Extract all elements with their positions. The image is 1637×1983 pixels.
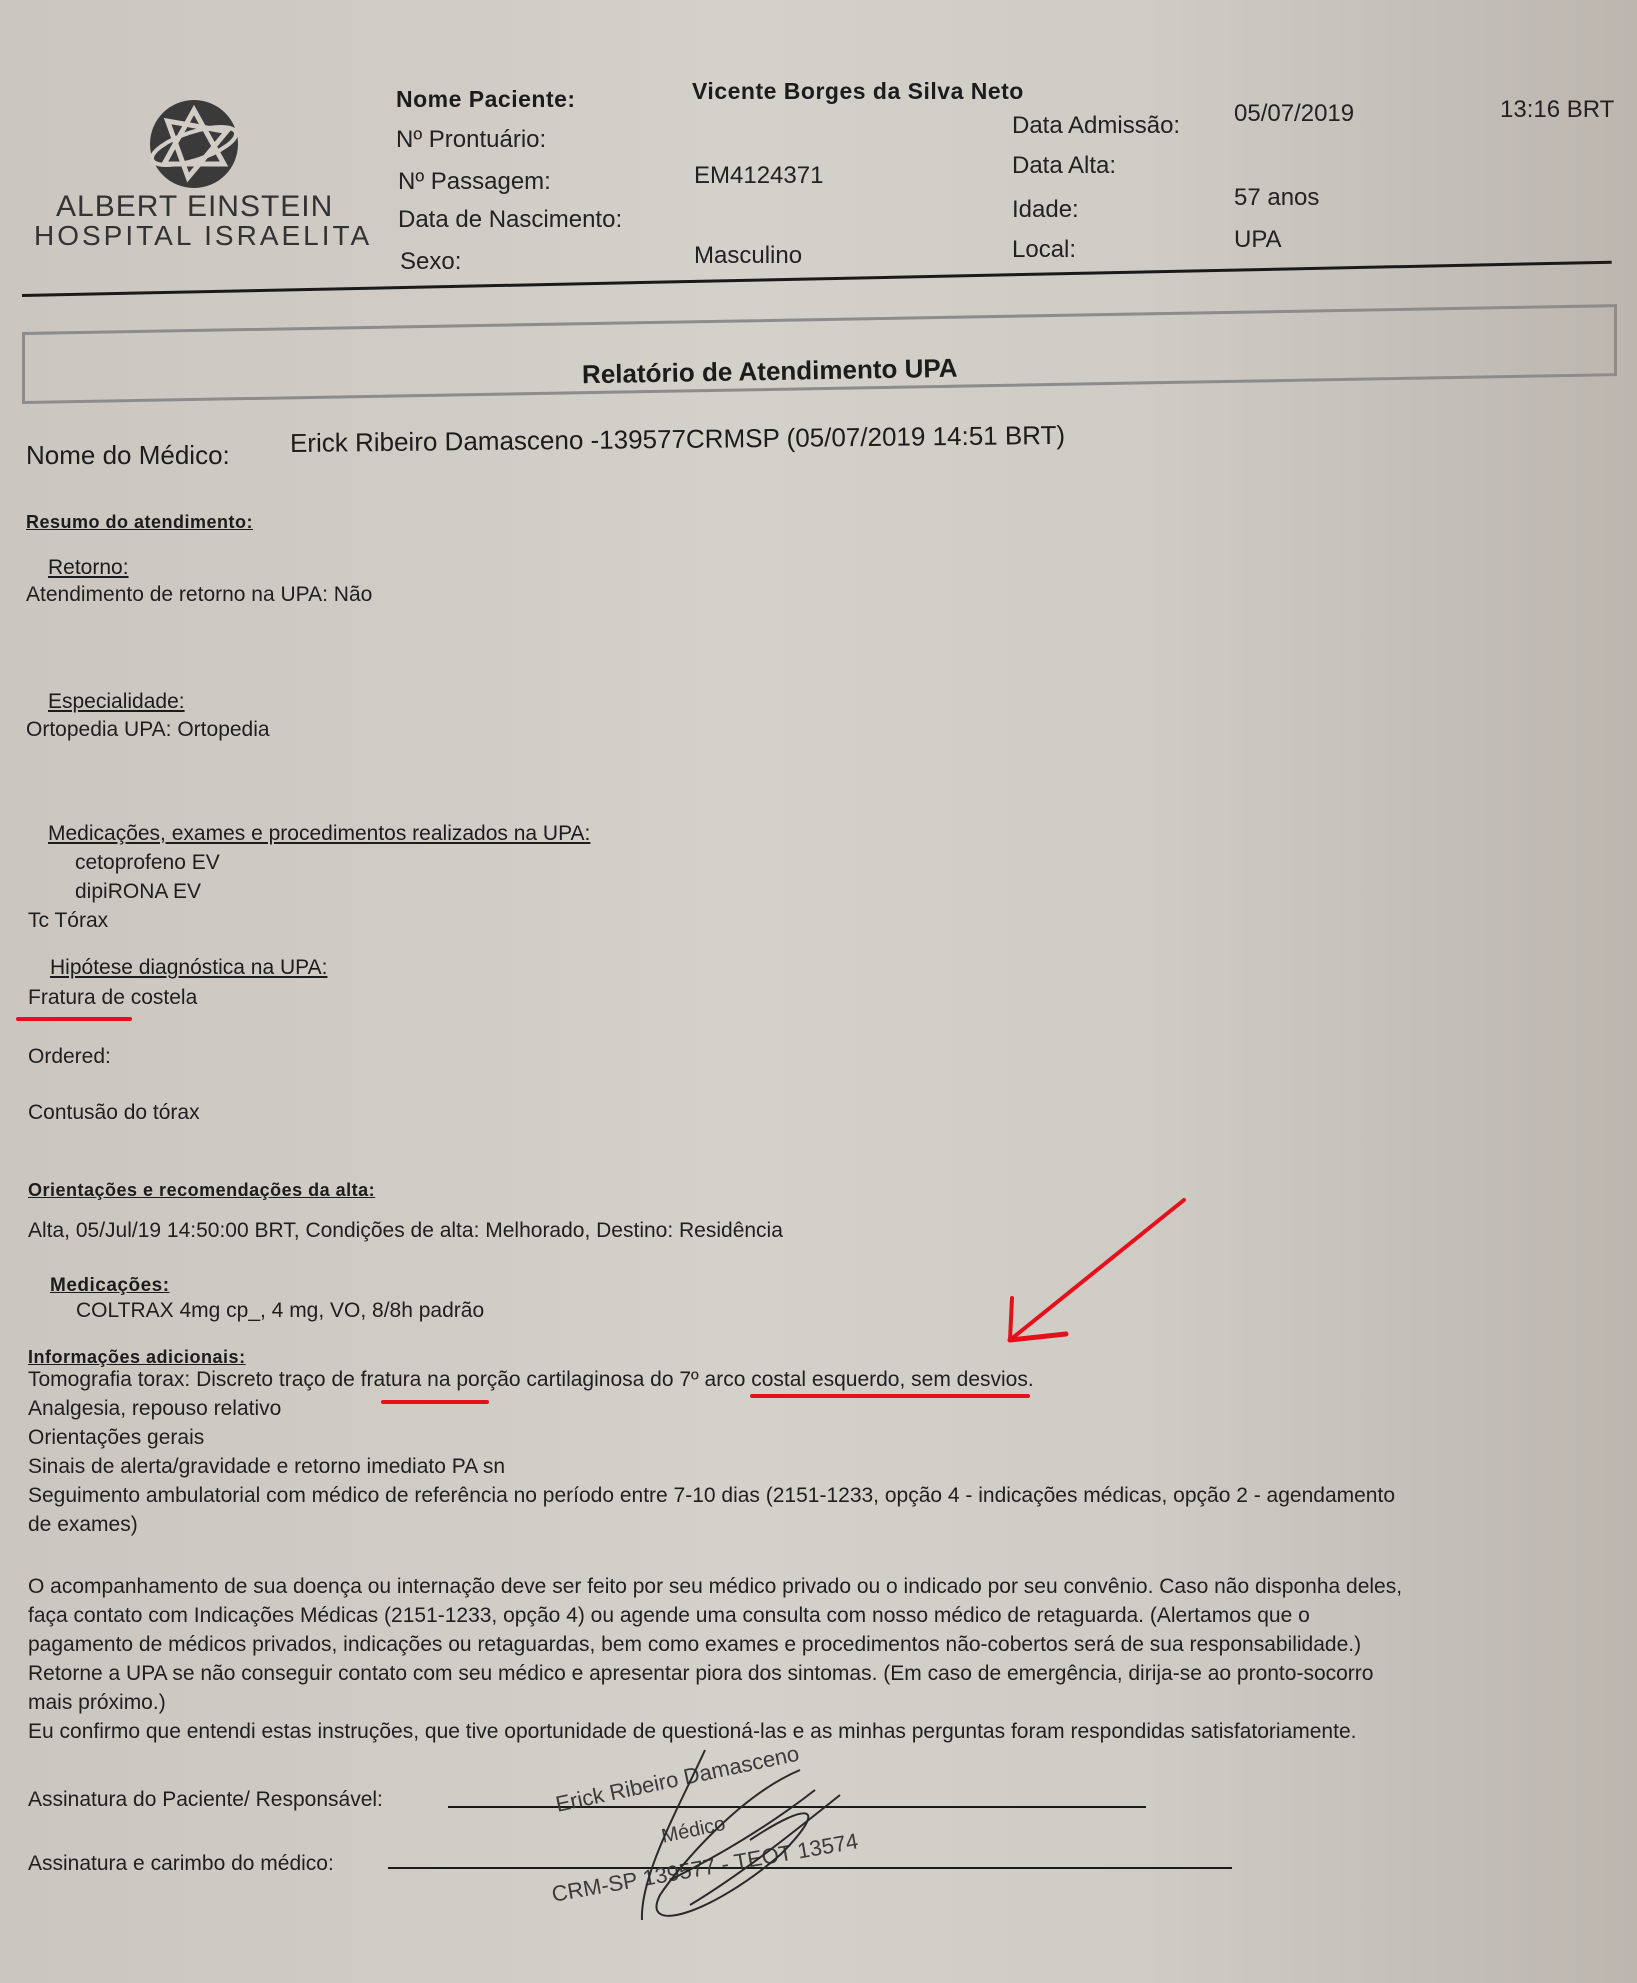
ct-highlight-fracture: de fratura <box>331 1368 421 1391</box>
procedure-extra: Tc Tórax <box>28 909 108 933</box>
procedure-item: dipiRONA EV <box>75 880 201 904</box>
ct-finding-line: Tomografia torax: Discreto traço de frat… <box>28 1368 1034 1392</box>
label-record-number: Nº Prontuário: <box>396 126 546 154</box>
additional-line: Seguimento ambulatorial com médico de re… <box>28 1484 1395 1508</box>
label-location: Local: <box>1012 236 1076 264</box>
value-sex: Masculino <box>694 242 802 270</box>
handwritten-signature-icon <box>600 1745 860 1955</box>
specialty-text: Ortopedia UPA: Ortopedia <box>26 718 270 742</box>
report-title-box <box>22 304 1617 404</box>
disclaimer-line: O acompanhamento de sua doença ou intern… <box>28 1575 1402 1599</box>
additional-info-heading: Informações adicionais: <box>28 1347 246 1368</box>
hospital-name: ALBERT EINSTEIN <box>56 190 333 224</box>
ct-highlight-rib: do 7º arco costal esquerdo <box>650 1368 899 1391</box>
disclaimer-line: mais próximo.) <box>28 1691 166 1715</box>
value-patient-name: Vicente Borges da Silva Neto <box>692 78 1024 105</box>
additional-line: Orientações gerais <box>28 1426 204 1450</box>
label-sex: Sexo: <box>400 248 461 276</box>
procedure-item: cetoprofeno EV <box>75 851 220 875</box>
label-age: Idade: <box>1012 196 1079 224</box>
disclaimer-line: faça contato com Indicações Médicas (215… <box>28 1604 1310 1628</box>
discharge-heading: Orientações e recomendações da alta: <box>28 1180 375 1201</box>
additional-line: de exames) <box>28 1513 138 1537</box>
value-location: UPA <box>1234 226 1282 254</box>
label-birth-date: Data de Nascimento: <box>398 206 622 234</box>
diagnosis-text: Fratura de costela <box>28 986 197 1010</box>
rib-red-underline <box>750 1394 1030 1398</box>
value-age: 57 anos <box>1234 184 1319 212</box>
ordered-label: Ordered: <box>28 1045 111 1069</box>
value-visit-number: EM4124371 <box>694 162 823 190</box>
label-admission-date: Data Admissão: <box>1012 112 1180 140</box>
disclaimer-line: Eu confirmo que entendi estas instruções… <box>28 1720 1356 1744</box>
label-discharge-date: Data Alta: <box>1012 152 1116 180</box>
label-patient-name: Nome Paciente: <box>396 86 576 113</box>
additional-line: Sinais de alerta/gravidade e retorno ime… <box>28 1455 505 1479</box>
value-admission-time: 13:16 BRT <box>1500 96 1614 124</box>
ct-suffix: , sem desvios. <box>899 1368 1033 1391</box>
header-divider <box>22 261 1612 297</box>
summary-heading: Resumo do atendimento: <box>26 512 253 533</box>
procedures-heading: Medicações, exames e procedimentos reali… <box>48 822 590 846</box>
fracture-red-underline <box>381 1400 489 1404</box>
hospital-subtitle: HOSPITAL ISRAELITA <box>34 220 372 252</box>
medical-report-page: ALBERT EINSTEIN HOSPITAL ISRAELITA Nome … <box>0 0 1637 1983</box>
ct-middle: na porção cartilaginosa <box>421 1368 650 1391</box>
hospital-logo <box>148 98 240 190</box>
ordered-text: Contusão do tórax <box>28 1101 200 1125</box>
disclaimer-line: Retorne a UPA se não conseguir contato c… <box>28 1662 1373 1686</box>
discharge-text: Alta, 05/Jul/19 14:50:00 BRT, Condições … <box>28 1219 783 1243</box>
diagnosis-heading: Hipótese diagnóstica na UPA: <box>50 956 327 980</box>
medications-heading: Medicações: <box>50 1275 170 1297</box>
doctor-label: Nome do Médico: <box>26 440 230 471</box>
retorno-heading: Retorno: <box>48 556 129 580</box>
report-title: Relatório de Atendimento UPA <box>582 353 958 391</box>
specialty-heading: Especialidade: <box>48 690 185 714</box>
ct-prefix: Tomografia torax: Discreto traço <box>28 1368 331 1391</box>
diagnosis-red-underline <box>16 1017 132 1021</box>
label-visit-number: Nº Passagem: <box>398 168 551 196</box>
doctor-value: Erick Ribeiro Damasceno -139577CRMSP (05… <box>290 420 1065 459</box>
patient-signature-label: Assinatura do Paciente/ Responsável: <box>28 1788 383 1812</box>
medication-item: COLTRAX 4mg cp_, 4 mg, VO, 8/8h padrão <box>76 1299 484 1323</box>
disclaimer-line: pagamento de médicos privados, indicaçõe… <box>28 1633 1361 1657</box>
value-admission-date: 05/07/2019 <box>1234 100 1354 128</box>
additional-line: Analgesia, repouso relativo <box>28 1397 281 1421</box>
retorno-text: Atendimento de retorno na UPA: Não <box>26 583 372 607</box>
red-arrow-annotation-icon <box>990 1190 1190 1350</box>
doctor-signature-label: Assinatura e carimbo do médico: <box>28 1852 334 1876</box>
star-of-david-orbit-logo-icon <box>148 98 240 190</box>
